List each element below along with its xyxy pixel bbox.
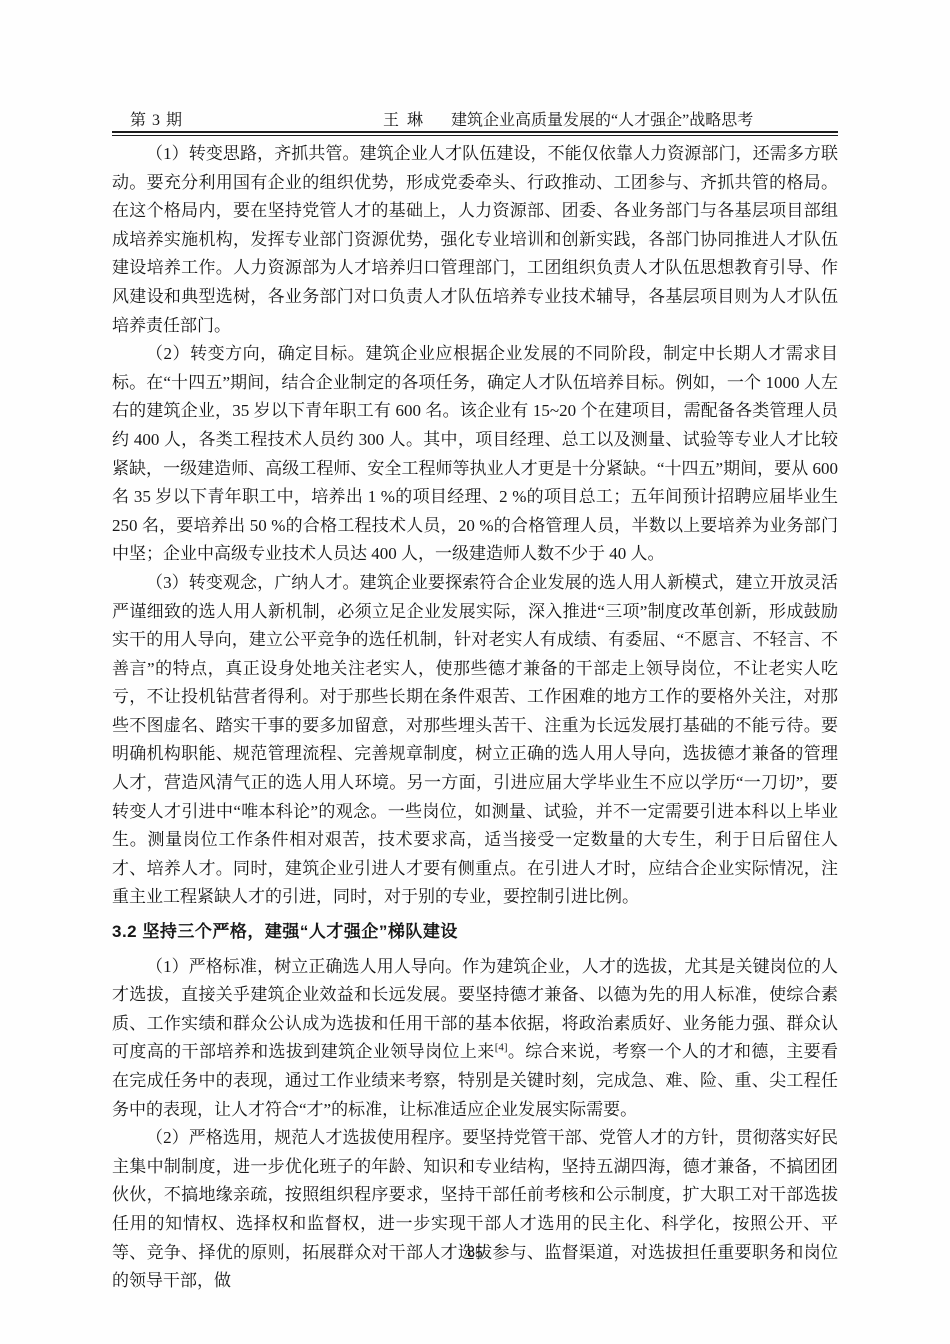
running-head: 王 琳 建筑企业高质量发展的“人才强企”战略思考	[383, 107, 753, 130]
article-body: （1）转变思路，齐抓共管。建筑企业人才队伍建设，不能仅依靠人力资源部门，还需多方…	[112, 140, 838, 1296]
page-header: 第 3 期 王 琳 建筑企业高质量发展的“人才强企”战略思考	[112, 107, 838, 129]
author-name: 王 琳	[383, 112, 425, 129]
issue-number: 第 3 期	[130, 107, 183, 130]
running-title: 建筑企业高质量发展的“人才强企”战略思考	[451, 112, 753, 129]
page-number: 85	[467, 1244, 483, 1261]
paragraph-3: （3）转变观念，广纳人才。建筑企业要探索符合企业发展的选人用人新模式，建立开放灵…	[112, 569, 838, 912]
section-heading-3-2: 3.2 坚持三个严格，建强“人才强企”梯队建设	[112, 918, 838, 947]
journal-page: 第 3 期 王 琳 建筑企业高质量发展的“人才强企”战略思考 （1）转变思路，齐…	[0, 0, 950, 1344]
page-footer: 85	[0, 1244, 950, 1262]
paragraph-4: （1）严格标准，树立正确选人用人导向。作为建筑企业，人才的选拔，尤其是关键岗位的…	[112, 953, 838, 1125]
header-rule	[112, 131, 838, 136]
paragraph-2: （2）转变方向，确定目标。建筑企业应根据企业发展的不同阶段，制定中长期人才需求目…	[112, 340, 838, 569]
paragraph-1: （1）转变思路，齐抓共管。建筑企业人才队伍建设，不能仅依靠人力资源部门，还需多方…	[112, 140, 838, 340]
paragraph-5: （2）严格选用，规范人才选拔使用程序。要坚持党管干部、党管人才的方针，贯彻落实好…	[112, 1124, 838, 1296]
citation-ref-4: [4]	[495, 1042, 508, 1054]
